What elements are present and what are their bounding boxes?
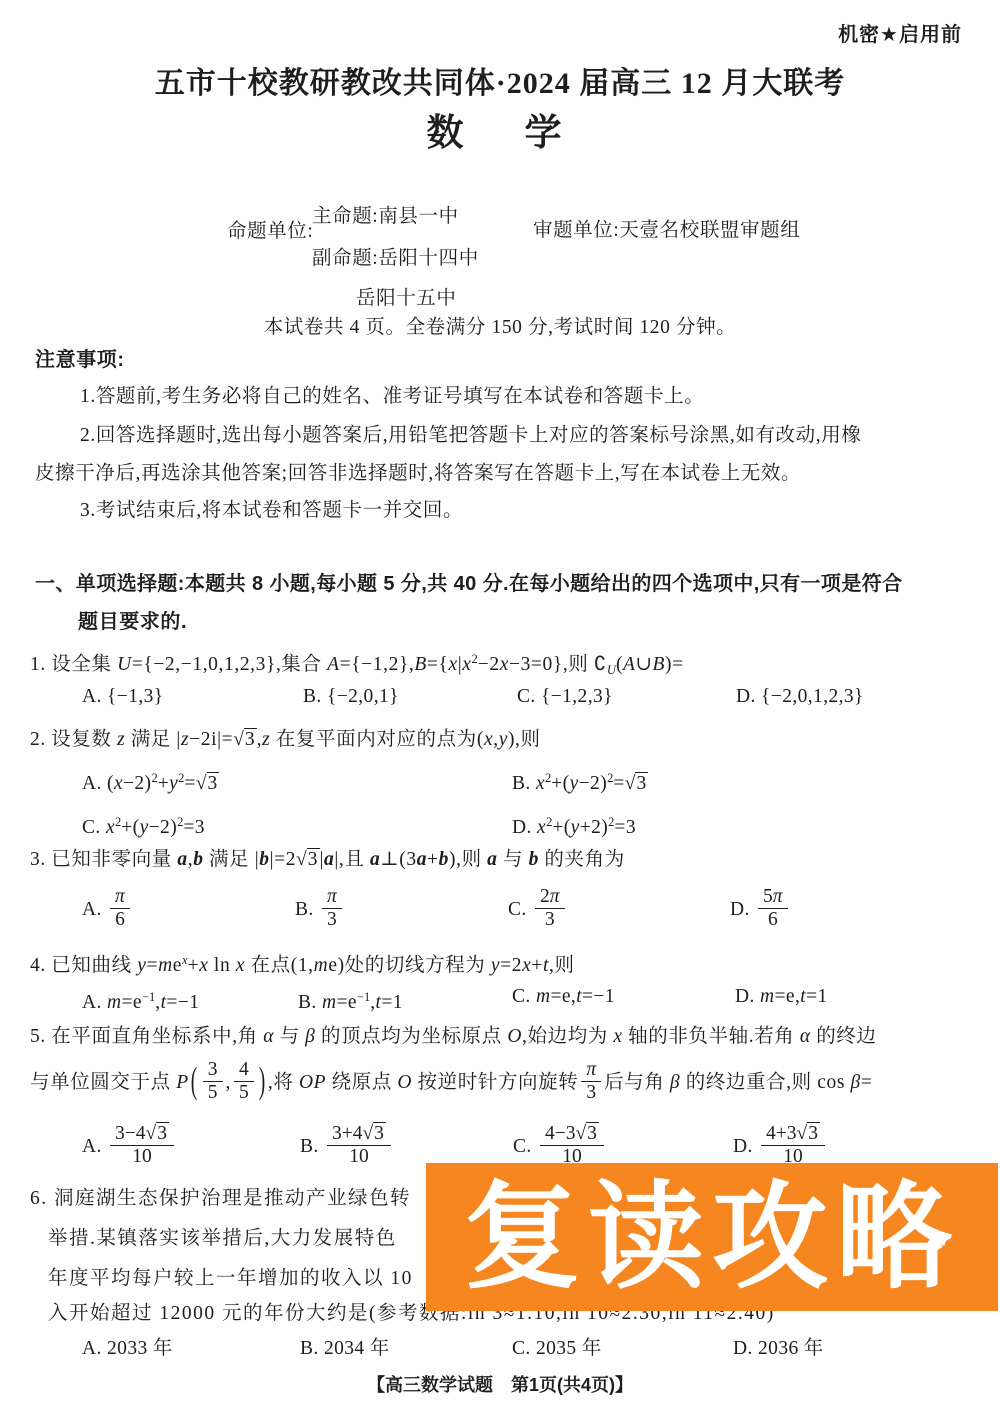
q2-option-c: C. x2+(y−2)2=3 [82, 809, 512, 841]
q5-stem-line-1: 5. 在平面直角坐标系中,角 α 与 β 的顶点均为坐标原点 O,始边均为 x … [30, 1024, 877, 1050]
q3-option-d: D. 5π6 [730, 888, 791, 933]
section-heading-line-2: 题目要求的. [78, 609, 187, 635]
section-heading-line-1: 一、单项选择题:本题共 8 小题,每小题 5 分,共 40 分.在每小题给出的四… [35, 571, 903, 597]
classification-label: 机密★启用前 [838, 18, 962, 47]
q3-option-b: B. π3 [295, 888, 508, 933]
q6-option-a: A. 2033 年 [82, 1336, 300, 1362]
reviewer-label: 审题单位:天壹名校联盟审题组 [533, 218, 800, 244]
notice-item-1: 1.答题前,考生务必将自己的姓名、准考证号填写在本试卷和答题卡上。 [80, 384, 704, 410]
exam-page: 机密★启用前 五市十校教研教改共同体·2024 届高三 12 月大联考 数 学 … [0, 0, 1000, 1407]
setter-sub: 副命题:岳阳十四中 [312, 246, 479, 272]
q5-stem-line-2: 与单位圆交于点 P(35,45),将 OP 绕原点 O 按逆时针方向旋转π3后与… [30, 1056, 872, 1110]
watermark-banner: 复读攻略 [426, 1163, 998, 1311]
q1-option-d: D. {−2,0,1,2,3} [736, 684, 864, 710]
setter-label: 命题单位: [227, 219, 313, 245]
q2-stem: 2. 设复数 z 满足 |z−2i|=√3,z 在复平面内对应的点为(x,y),… [30, 727, 541, 753]
q6-option-d: D. 2036 年 [733, 1336, 824, 1362]
q6-option-b: B. 2034 年 [300, 1336, 512, 1362]
q2-options: A. (x−2)2+y2=√3 B. x2+(y−2)2=√3 C. x2+(y… [30, 765, 648, 841]
q6-options: A. 2033 年 B. 2034 年 C. 2035 年 D. 2036 年 [30, 1336, 824, 1362]
notice-heading: 注意事项: [35, 347, 125, 373]
q1-option-a: A. {−1,3} [82, 684, 303, 710]
page-title: 五市十校教研教改共同体·2024 届高三 12 月大联考 [0, 58, 1000, 102]
setter-sub2: 岳阳十五中 [356, 286, 457, 312]
q6-stem-line-1: 6. 洞庭湖生态保护治理是推动产业绿色转 [30, 1186, 411, 1212]
watermark-text: 复读攻略 [464, 1179, 960, 1295]
q4-option-c: C. m=e,t=−1 [512, 984, 735, 1016]
q1-options: A. {−1,3} B. {−2,0,1} C. {−1,2,3} D. {−2… [30, 684, 864, 710]
setter-main: 主命题:南县一中 [312, 204, 459, 230]
q3-stem: 3. 已知非零向量 a,b 满足 |b|=2√3|a|,且 a⊥(3a+b),则… [30, 847, 625, 873]
q4-option-a: A. m=e−1,t=−1 [82, 984, 298, 1016]
subject-title: 数 学 [0, 102, 1000, 156]
q6-stem-line-3: 年度平均每户较上一年增加的收入以 10 [48, 1266, 413, 1292]
q4-stem: 4. 已知曲线 y=mex+x ln x 在点(1,me)处的切线方程为 y=2… [30, 947, 575, 979]
page-footer: 【高三数学试题 第1页(共4页)】 [0, 1371, 1000, 1397]
q3-option-c: C. 2π3 [508, 888, 730, 933]
q1-option-c: C. {−1,2,3} [517, 684, 736, 710]
q4-option-d: D. m=e,t=1 [735, 984, 828, 1016]
notice-item-2-line-1: 2.回答选择题时,选出每小题答案后,用铅笔把答题卡上对应的答案标号涂黑,如有改动… [80, 423, 861, 449]
q4-options: A. m=e−1,t=−1 B. m=e−1,t=1 C. m=e,t=−1 D… [30, 984, 828, 1016]
q2-option-d: D. x2+(y+2)2=3 [512, 809, 648, 841]
q6-stem-line-2: 举措.某镇落实该举措后,大力发展特色 [48, 1226, 397, 1252]
q2-option-a: A. (x−2)2+y2=√3 [82, 765, 512, 797]
q1-option-b: B. {−2,0,1} [303, 684, 517, 710]
paper-info: 本试卷共 4 页。全卷满分 150 分,考试时间 120 分钟。 [0, 311, 1000, 339]
q6-option-c: C. 2035 年 [512, 1336, 733, 1362]
q3-option-a: A. π6 [82, 888, 295, 933]
q3-options: A. π6 B. π3 C. 2π3 D. 5π6 [30, 884, 791, 936]
notice-item-2-line-2: 皮擦干净后,再选涂其他答案;回答非选择题时,将答案写在答题卡上,写在本试卷上无效… [35, 461, 801, 487]
q2-option-b: B. x2+(y−2)2=√3 [512, 765, 648, 797]
q1-stem: 1. 设全集 U={−2,−1,0,1,2,3},集合 A={−1,2},B={… [30, 646, 684, 683]
q5-option-a: A. 3−4√310 [82, 1125, 300, 1170]
notice-item-3: 3.考试结束后,将本试卷和答题卡一并交回。 [80, 498, 463, 524]
q4-option-b: B. m=e−1,t=1 [298, 984, 512, 1016]
